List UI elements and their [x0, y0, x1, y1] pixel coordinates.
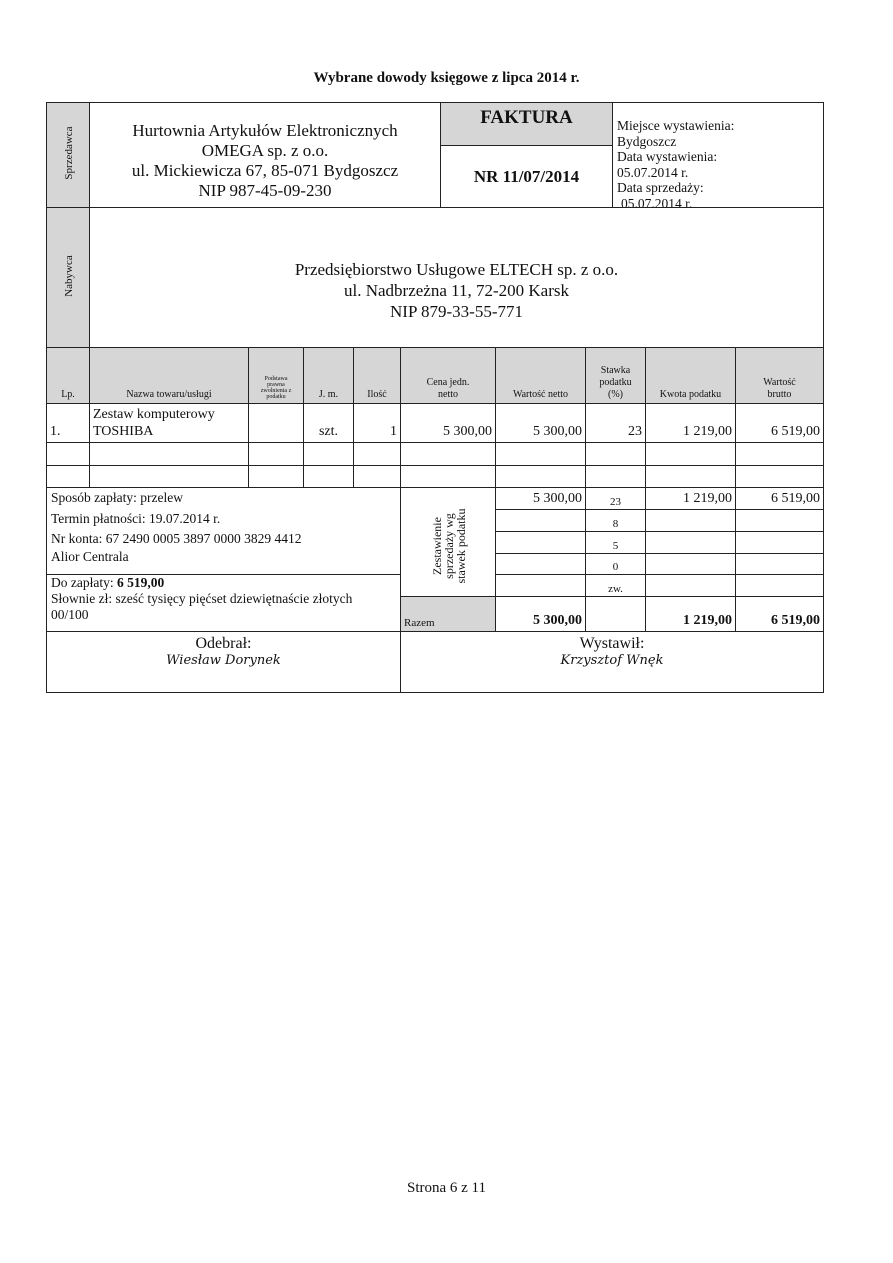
empty-cell [645, 442, 736, 466]
received-by-block: Odebrał: Wiesław Dorynek [46, 631, 401, 693]
empty-cell [46, 465, 90, 488]
summary-gross [735, 574, 824, 597]
empty-cell [400, 442, 496, 466]
amount-in-words: Słownie zł: sześć tysięcy pięćset dziewi… [51, 591, 381, 623]
seller-name-line2: OMEGA sp. z o.o. [90, 141, 440, 161]
col-unit-price: Cena jedn. netto [400, 347, 496, 404]
empty-cell [735, 442, 824, 466]
summary-label: Zestawienie sprzedaży wg stawek podatku [431, 496, 467, 596]
item-unit-price: 5 300,00 [400, 403, 496, 443]
page-number: Strona 6 z 11 [0, 1180, 893, 1197]
empty-cell [303, 465, 354, 488]
summary-net [495, 574, 586, 597]
issue-place: Bydgoszcz [617, 134, 823, 150]
item-name: Zestaw komputerowy TOSHIBA [89, 403, 249, 443]
col-qty: Ilość [353, 347, 401, 404]
total-vat: 1 219,00 [645, 596, 736, 632]
summary-rate: 0 [585, 553, 646, 575]
item-unit: szt. [303, 403, 354, 443]
summary-net [495, 553, 586, 575]
buyer-label: Nabywca [63, 226, 75, 326]
amount-due-label: Do zapłaty: [51, 575, 117, 590]
payment-due: Termin płatności: 19.07.2014 r. [51, 510, 400, 528]
amount-due-value: 6 519,00 [117, 575, 164, 590]
issued-by-signature: Krzysztof Wnęk [401, 653, 823, 668]
summary-net [495, 509, 586, 532]
buyer-block: Przedsiębiorstwo Usługowe ELTECH sp. z o… [89, 207, 824, 348]
col-net-value: Wartość netto [495, 347, 586, 404]
item-net-value: 5 300,00 [495, 403, 586, 443]
invoice-number-cell: NR 11/07/2014 [440, 145, 613, 208]
empty-cell [89, 465, 249, 488]
seller-block: Hurtownia Artykułów Elektronicznych OMEG… [89, 102, 441, 208]
empty-cell [495, 465, 586, 488]
sale-date-label: Data sprzedaży: [617, 180, 823, 196]
item-name-line2: TOSHIBA [93, 423, 245, 440]
col-legal-basis: Podstawa prawna zwolnienia z podatku [248, 347, 304, 404]
issue-date-label: Data wystawienia: [617, 149, 823, 165]
col-vat-rate: Stawka podatku (%) [585, 347, 646, 404]
doc-type: FAKTURA [441, 107, 612, 129]
empty-cell [89, 442, 249, 466]
buyer-nip: NIP 879-33-55-771 [90, 301, 823, 322]
invoice-number: NR 11/07/2014 [474, 167, 579, 187]
item-vat-amount: 1 219,00 [645, 403, 736, 443]
total-label-cell: Razem [400, 596, 496, 632]
item-lp: 1. [46, 403, 90, 443]
item-name-line1: Zestaw komputerowy [93, 406, 245, 423]
page-title: Wybrane dowody księgowe z lipca 2014 r. [0, 70, 893, 87]
seller-label-cell: Sprzedawca [46, 102, 90, 208]
empty-cell [248, 465, 304, 488]
item-qty: 1 [353, 403, 401, 443]
received-by-label: Odebrał: [47, 635, 400, 653]
summary-gross: 6 519,00 [735, 487, 824, 510]
issue-info-cell: Miejsce wystawienia: Bydgoszcz Data wyst… [612, 102, 824, 208]
seller-address: ul. Mickiewicza 67, 85-071 Bydgoszcz [90, 161, 440, 181]
buyer-address: ul. Nadbrzeżna 11, 72-200 Karsk [90, 280, 823, 301]
issue-date: 05.07.2014 r. [617, 165, 823, 181]
empty-cell [585, 465, 646, 488]
empty-cell [585, 442, 646, 466]
total-gross: 6 519,00 [735, 596, 824, 632]
amount-due: Do zapłaty: 6 519,00 [51, 575, 400, 591]
doc-type-cell: FAKTURA [440, 102, 613, 146]
empty-cell [645, 465, 736, 488]
seller-name-line1: Hurtownia Artykułów Elektronicznych [90, 121, 440, 141]
col-name: Nazwa towaru/usługi [89, 347, 249, 404]
col-vat-amount: Kwota podatku [645, 347, 736, 404]
summary-rate: 5 [585, 531, 646, 554]
seller-nip: NIP 987-45-09-230 [90, 181, 440, 201]
issued-by-label: Wystawił: [401, 635, 823, 653]
payment-bank: Alior Centrala [51, 548, 400, 566]
item-gross-value: 6 519,00 [735, 403, 824, 443]
empty-cell [353, 465, 401, 488]
total-label: Razem [404, 617, 435, 629]
item-vat-rate: 23 [585, 403, 646, 443]
empty-cell [46, 442, 90, 466]
payment-method: Sposób zapłaty: przelew [51, 489, 400, 507]
empty-cell [303, 442, 354, 466]
col-lp: Lp. [46, 347, 90, 404]
summary-label-cell: Zestawienie sprzedaży wg stawek podatku [400, 487, 496, 597]
empty-cell [735, 465, 824, 488]
total-net: 5 300,00 [495, 596, 586, 632]
summary-gross [735, 509, 824, 532]
empty-cell [495, 442, 586, 466]
payment-info: Sposób zapłaty: przelew Termin płatności… [46, 487, 401, 575]
summary-vat [645, 509, 736, 532]
empty-cell [400, 465, 496, 488]
summary-gross [735, 553, 824, 575]
col-gross-value: Wartość brutto [735, 347, 824, 404]
summary-rate: 8 [585, 509, 646, 532]
col-unit: J. m. [303, 347, 354, 404]
issued-by-block: Wystawił: Krzysztof Wnęk [400, 631, 824, 693]
summary-vat [645, 574, 736, 597]
buyer-name: Przedsiębiorstwo Usługowe ELTECH sp. z o… [90, 259, 823, 280]
summary-rate: zw. [585, 574, 646, 597]
summary-vat [645, 553, 736, 575]
summary-net: 5 300,00 [495, 487, 586, 510]
payment-account: Nr konta: 67 2490 0005 3897 0000 3829 44… [51, 530, 400, 548]
received-by-signature: Wiesław Dorynek [47, 653, 400, 668]
amount-due-block: Do zapłaty: 6 519,00 Słownie zł: sześć t… [46, 574, 401, 632]
total-rate-empty [585, 596, 646, 632]
summary-vat [645, 531, 736, 554]
buyer-label-cell: Nabywca [46, 207, 90, 348]
summary-net [495, 531, 586, 554]
empty-cell [248, 442, 304, 466]
issue-place-label: Miejsce wystawienia: [617, 118, 823, 134]
summary-vat: 1 219,00 [645, 487, 736, 510]
seller-label: Sprzedawca [63, 103, 75, 203]
item-legal-basis [248, 403, 304, 443]
summary-gross [735, 531, 824, 554]
empty-cell [353, 442, 401, 466]
summary-rate: 23 [585, 487, 646, 510]
